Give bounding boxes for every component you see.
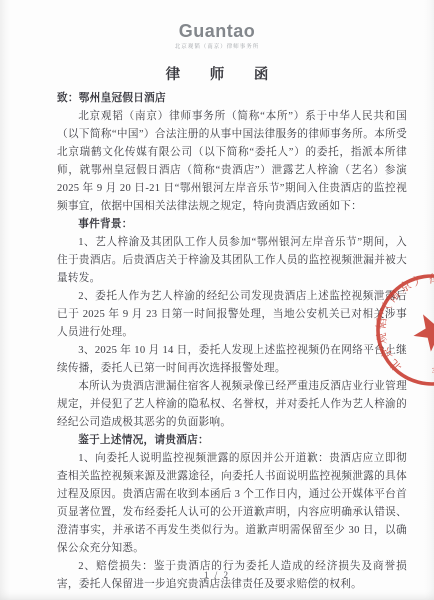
svg-text:320114124: 320114124 [428,346,434,380]
recipient-line: 致：鄂州皇冠假日酒店 [57,90,407,108]
body-paragraph: 本所认为贵酒店泄漏住宿客人视频录像已经严重违反酒店业行业管理规定，并侵犯了艺人梓… [57,378,407,432]
seal-number: 320114124 [428,346,434,380]
page-number: 1 / 2 [0,570,434,580]
body-paragraph: 3、2025 年 10 月 14 日，委托人发现上述监控视频仍在网络平台上继续传… [57,342,407,378]
letterhead: Guantao 北京观韬（南京）律师事务所 律 师 函 [0,0,434,84]
letter-body: 致：鄂州皇冠假日酒店 北京观韬（南京）律师事务所（简称“本所”）系于中华人民共和… [57,90,407,594]
body-paragraph: 1、向委托人说明监控视频泄露的原因并公开道歉：贵酒店应立即彻查相关监控视频来源及… [57,450,407,558]
section-heading: 鉴于上述情况，请贵酒店： [57,432,407,450]
letter-sections: 事件背景：1、艺人梓渝及其团队工作人员参加“鄂州银河左岸音乐节”期间，入住于贵酒… [57,216,407,594]
section-heading: 事件背景： [57,216,407,234]
body-paragraph: 1、艺人梓渝及其团队工作人员参加“鄂州银河左岸音乐节”期间，入住于贵酒店。后贵酒… [57,234,407,288]
letter-title: 律 师 函 [0,63,434,84]
scanned-letter-page: Guantao 北京观韬（南京）律师事务所 律 师 函 致：鄂州皇冠假日酒店 北… [0,0,434,600]
star-icon [407,305,434,355]
law-firm-name-subtitle: 北京观韬（南京）律师事务所 [0,42,434,50]
guantao-logo: Guantao [0,22,434,40]
body-paragraph: 2、委托人作为艺人梓渝的经纪公司发现贵酒店上述监控视频泄露后已于 2025 年 … [57,288,407,342]
intro-paragraph: 北京观韬（南京）律师事务所（简称“本所”）系于中华人民共和国（以下简称“中国”）… [57,108,407,216]
